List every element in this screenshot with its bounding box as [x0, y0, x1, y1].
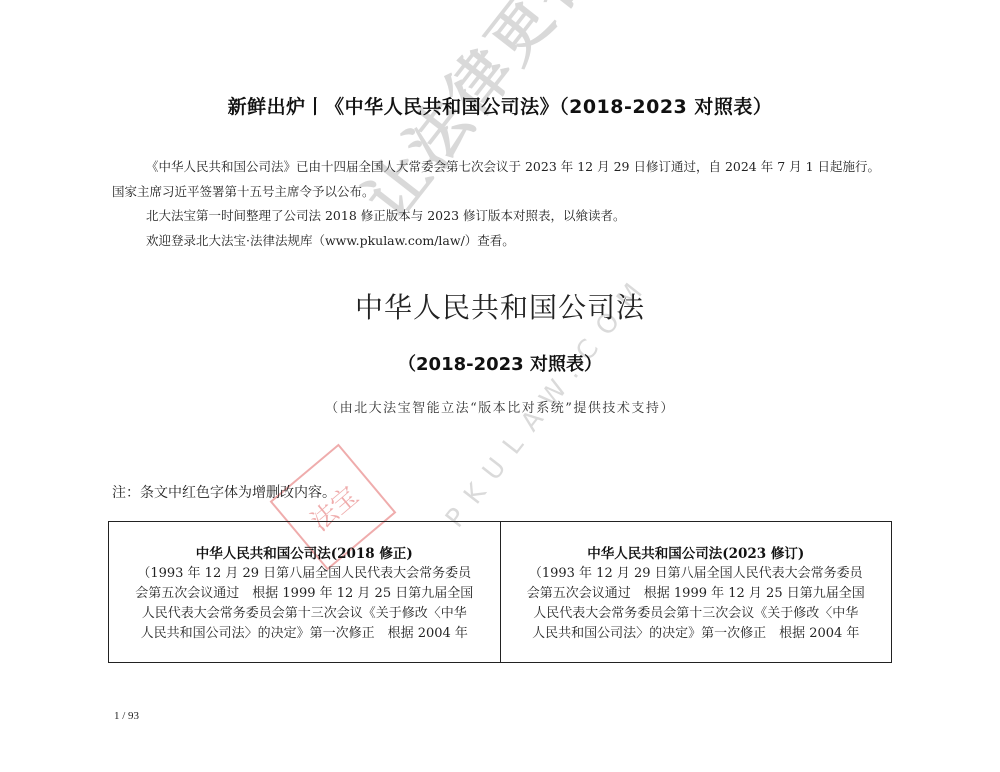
column-2023: 中华人民共和国公司法(2023 修订) （1993 年 12 月 29 日第八届… — [500, 522, 892, 662]
column-heading: 中华人民共和国公司法(2023 修订) — [509, 544, 884, 564]
law-subtitle: （2018-2023 对照表） — [0, 350, 1000, 376]
column-line: 人民共和国公司法〉的决定》第一次修正 根据 2004 年 — [117, 624, 492, 644]
intro-paragraph-1-continued: 国家主席习近平签署第十五号主席令予以公布。 — [112, 180, 375, 204]
intro-paragraph-3: 欢迎登录北大法宝·法律法规库（www.pkulaw.com/law/）查看。 — [146, 229, 515, 253]
document-page: 让法律更智能 PKULAW.COM 法宝 新鲜出炉丨《中华人民共和国公司法》（2… — [0, 0, 1000, 772]
column-line: 人民共和国公司法〉的决定》第一次修正 根据 2004 年 — [509, 624, 884, 644]
comparison-table: 中华人民共和国公司法(2018 修正) （1993 年 12 月 29 日第八届… — [108, 521, 892, 663]
law-title: 中华人民共和国公司法 — [0, 286, 1000, 326]
column-line: 人民代表大会常务委员会第十三次会议《关于修改〈中华 — [509, 604, 884, 624]
column-2018: 中华人民共和国公司法(2018 修正) （1993 年 12 月 29 日第八届… — [109, 522, 500, 662]
color-note: 注：条文中红色字体为增删改内容。 — [112, 482, 336, 502]
column-heading: 中华人民共和国公司法(2018 修正) — [117, 544, 492, 564]
intro-paragraph-2: 北大法宝第一时间整理了公司法 2018 修正版本与 2023 修订版本对照表，以… — [146, 204, 626, 228]
headline: 新鲜出炉丨《中华人民共和国公司法》（2018-2023 对照表） — [0, 92, 1000, 119]
column-line: （1993 年 12 月 29 日第八届全国人民代表大会常务委员 — [509, 564, 884, 584]
support-note: （由北大法宝智能立法“版本比对系统”提供技术支持） — [0, 397, 1000, 416]
page-indicator: 1 / 93 — [114, 710, 139, 722]
intro-paragraph-1: 《中华人民共和国公司法》已由十四届全国人大常委会第七次会议于 2023 年 12… — [146, 155, 880, 179]
column-line: （1993 年 12 月 29 日第八届全国人民代表大会常务委员 — [117, 564, 492, 584]
column-line: 会第五次会议通过 根据 1999 年 12 月 25 日第九届全国 — [509, 584, 884, 604]
column-line: 人民代表大会常务委员会第十三次会议《关于修改〈中华 — [117, 604, 492, 624]
column-line: 会第五次会议通过 根据 1999 年 12 月 25 日第九届全国 — [117, 584, 492, 604]
